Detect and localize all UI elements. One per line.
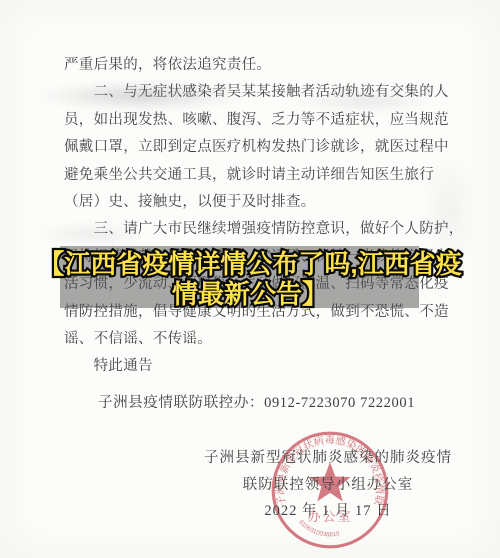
scan-smudge	[38, 82, 243, 110]
signature-line: 子洲县新型冠状肺炎感染的肺炎疫情	[168, 445, 488, 472]
signature-line: 2022 年 1 月 17 日	[168, 498, 488, 525]
scan-smudge	[30, 222, 150, 246]
document-page: 严重后果的，将依法追究责任。 二、与无症状感染者吴某某接触者活动轨迹有交集的人员…	[0, 0, 500, 558]
notice-text-line: 谣、不信谣、不传谣。	[64, 326, 420, 353]
notice-text-line: 避免乘坐公共交通工具，就诊时请主动详细告知医生旅行	[64, 162, 420, 189]
headline-overlay-title: 【江西省疫情详情公布了吗,江西省疫情最新公告】	[33, 249, 467, 309]
signature-line: 联防联控领导小组办公室	[168, 472, 488, 499]
signature-block: 子洲县新型冠状肺炎感染的肺炎疫情联防联控领导小组办公室2022 年 1 月 17…	[168, 445, 488, 525]
scan-smudge	[290, 90, 440, 112]
notice-text-line: 特此通告	[64, 353, 420, 380]
notice-text-line: 严重后果的，将依法追究责任。	[64, 52, 420, 79]
notice-text-line: 佩戴口罩，立即到定点医疗机构发热门诊就诊，就医过程中	[64, 134, 420, 161]
contact-phone-line: 子洲县疫情联防联控办：0912-7223070 7222001	[98, 391, 415, 412]
notice-text-line: （居）史、接触史，以便于及时排查。	[64, 189, 420, 216]
